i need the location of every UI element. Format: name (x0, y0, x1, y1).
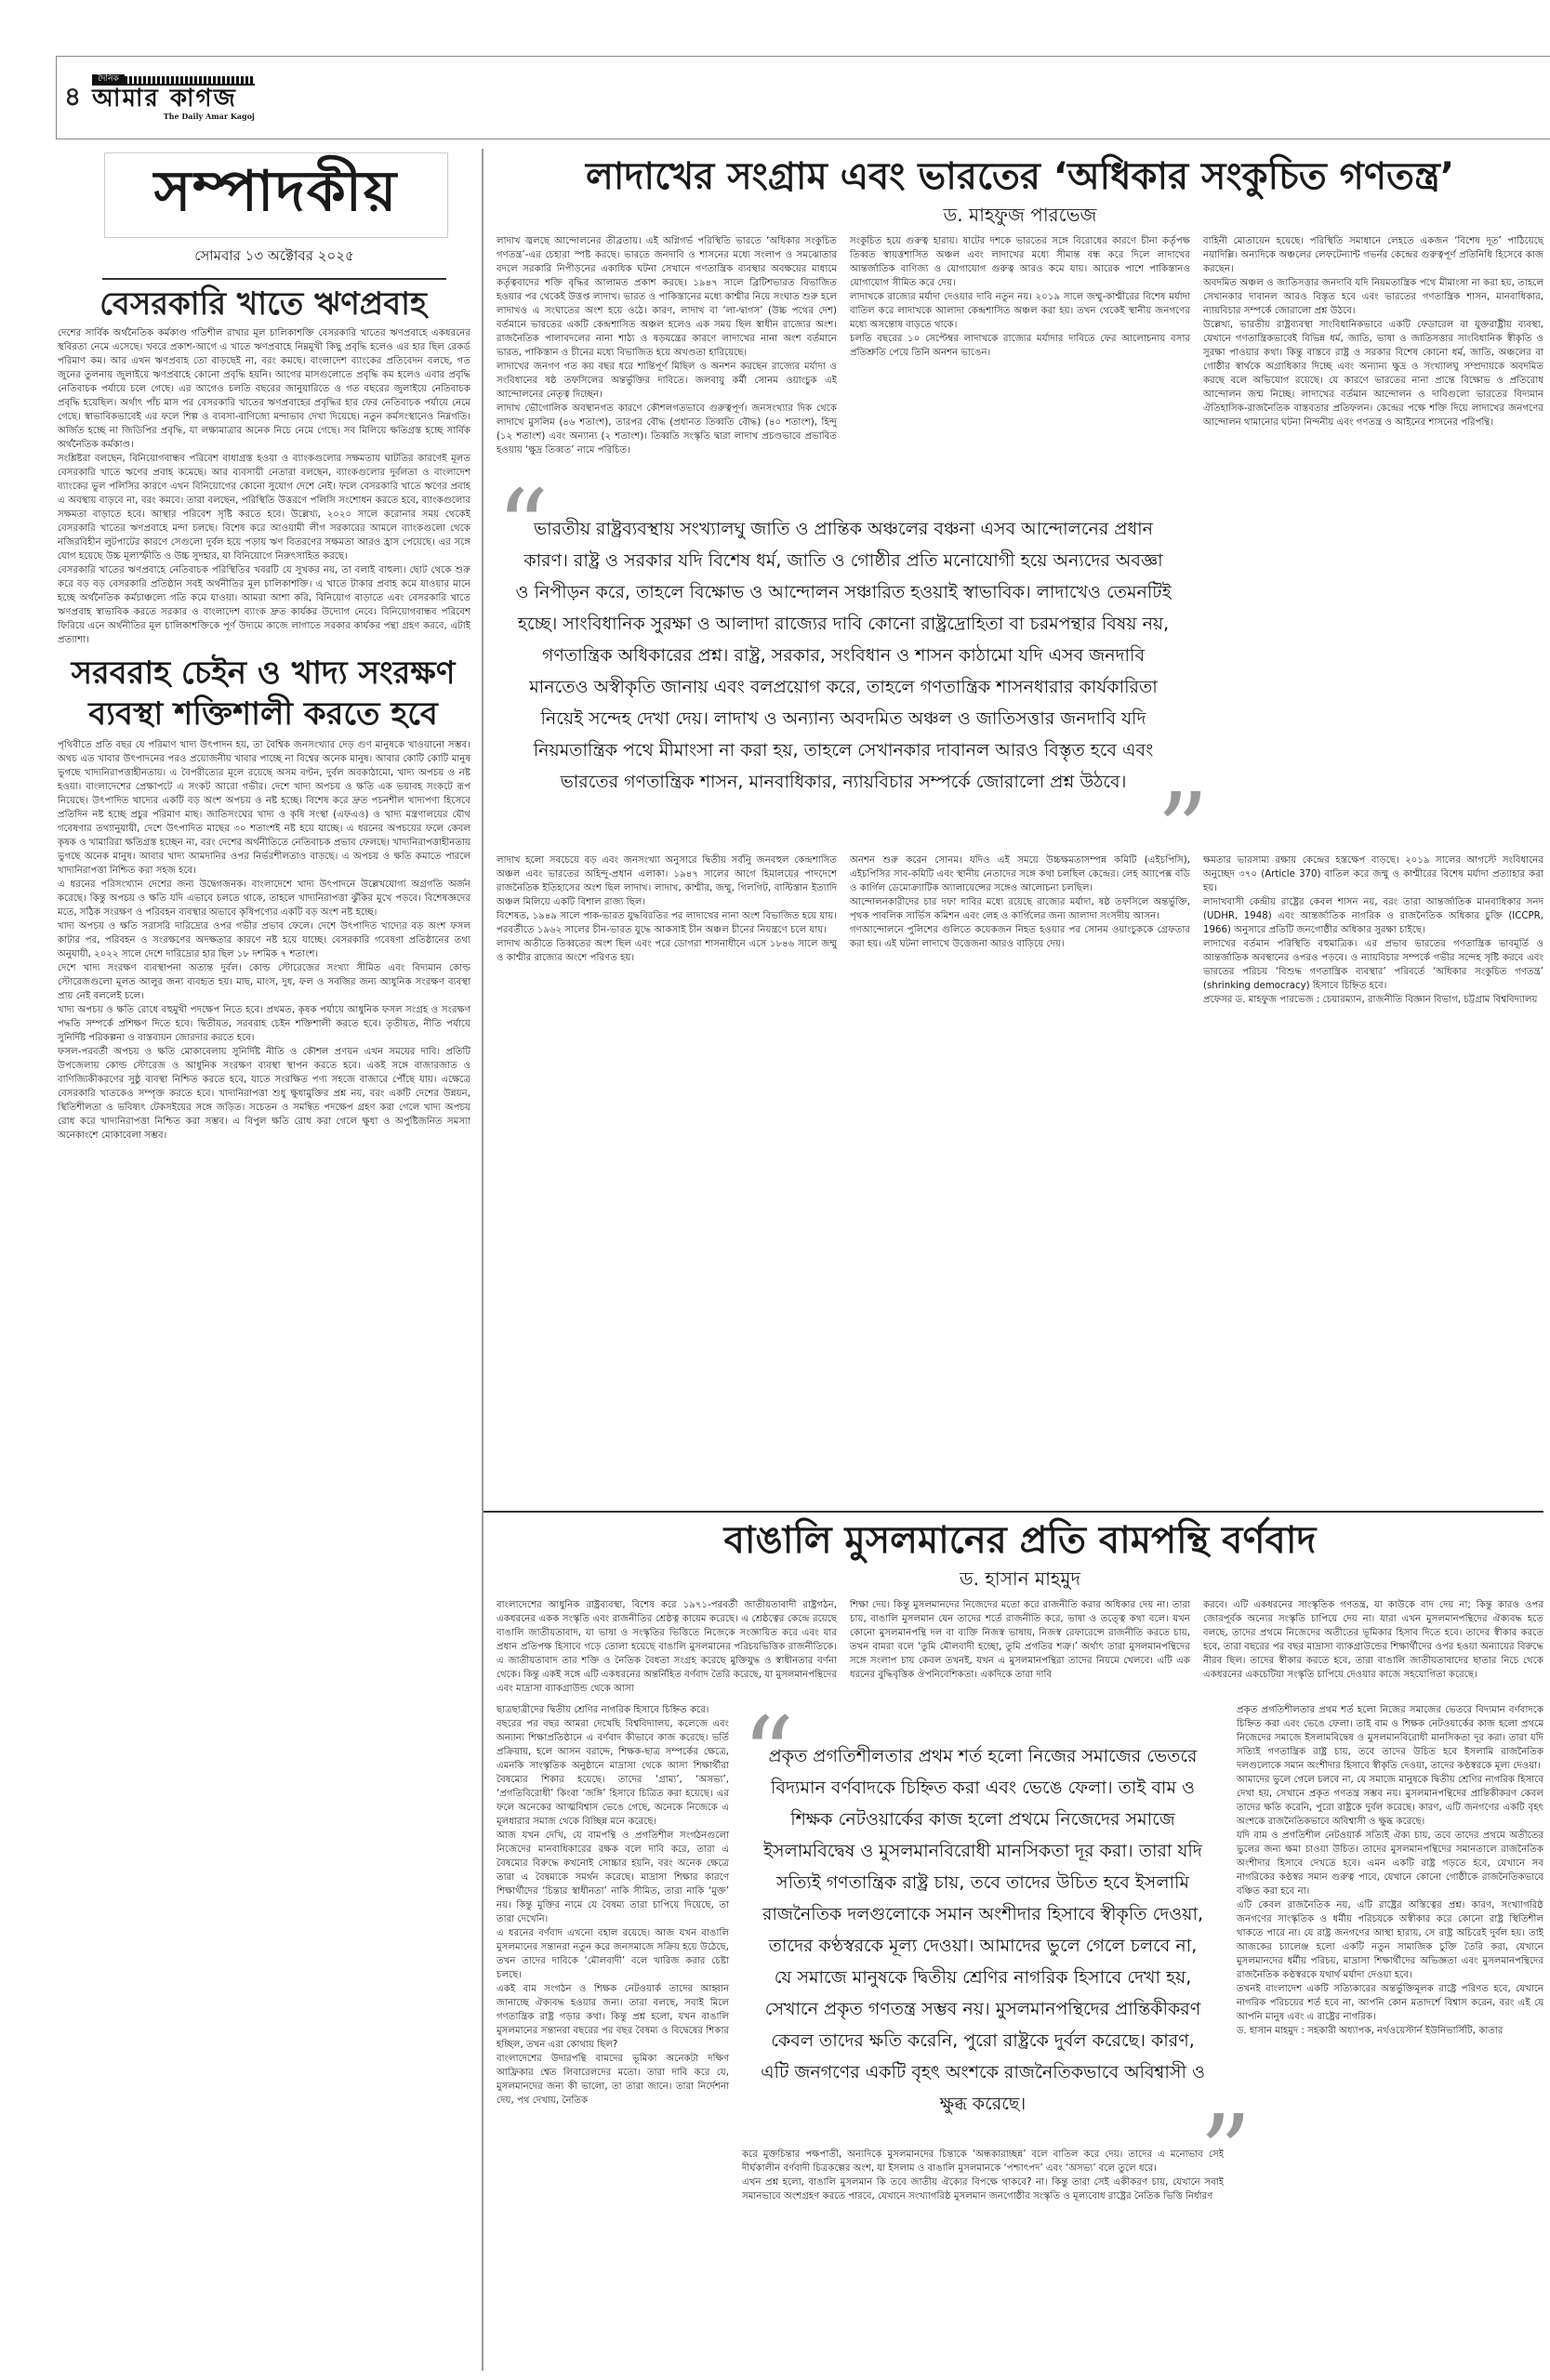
paragraph: সংশ্লিষ্টরা বলছেন, বিনিয়োগবান্ধব পরিবেশ… (58, 452, 470, 563)
article-columns-top: লাদাখ জ্বলছে আন্দোলনের তীব্রতায়। এই অগ্… (497, 234, 1543, 457)
author-bio: ড. হাসান মাহমুদ : সহকারী অধ্যাপক, নর্থওয… (1237, 2024, 1543, 2038)
article-columns-bottom: ছাত্রছাত্রীদের দ্বিতীয় শ্রেণির নাগরিক হ… (497, 1703, 1543, 2203)
paragraph: বাহিনী মোতায়েন হয়েছে। পরিস্থিতি সমাধান… (1203, 234, 1543, 276)
pull-quote: ভারতীয় রাষ্ট্রব্যবস্থায় সংখ্যালঘু জাতি… (497, 513, 1190, 798)
paragraph: অবদমিত অঞ্চল ও জাতিসত্তার জনদাবি যদি নিয… (1203, 276, 1543, 318)
article-columns-top: বাংলাদেশের আধুনিক রাষ্ট্রব্যবস্থা, বিশেষ… (497, 1598, 1543, 1696)
article-title[interactable]: বাঙালি মুসলমানের প্রতি বামপন্থি বর্ণবাদ (497, 1516, 1543, 1565)
editorial-headline-2[interactable]: সরবরাহ চেইন ও খাদ্য সংরক্ষণ ব্যবস্থা শক্… (56, 653, 470, 734)
article-author: ড. মাহফুজ পারভেজ (497, 201, 1543, 229)
close-quote-icon: ” (1157, 779, 1209, 881)
editorial-section-title: সম্পাদকীয় (104, 152, 448, 238)
center-column: “ প্রকৃত প্রগতিশীলতার প্রথম শর্ত হলো নিজ… (742, 1703, 1224, 2203)
paragraph: ক্ষমতার ভারসাম্য রক্ষায় কেন্দ্রের হস্তক… (1203, 853, 1543, 895)
paragraph: যদি বাম ও প্রগতিশীল নেটওয়ার্ক সত্যিই ঐক… (1237, 1829, 1543, 1898)
paragraph: ছাত্রছাত্রীদের দ্বিতীয় শ্রেণির নাগরিক হ… (497, 1703, 729, 1717)
paragraph: দেশের সার্বিক অর্থনৈতিক কর্মকাণ্ড গতিশীল… (58, 326, 470, 452)
paragraph: লাদাখের বর্তমান পরিস্থিতি বহুমাত্রিক। এর… (1203, 937, 1543, 993)
paragraph: গণআন্দোলনে পুলিশের গুলিতে কয়েকজন নিহত হ… (850, 923, 1190, 951)
editorial-body-1: দেশের সার্বিক অর্থনৈতিক কর্মকাণ্ড গতিশীল… (56, 326, 470, 647)
article-title[interactable]: লাদাখের সংগ্রাম এবং ভারতের ‘অধিকার সংকুচ… (497, 152, 1543, 201)
editorial-body-2: পৃথিবীতে প্রতি বছর যে পরিমাণ খাদ্য উৎপাদ… (56, 738, 470, 1143)
paragraph: এ ধরনের বর্ণবাদ এখনো বহাল রয়েছে। আজ যখন… (497, 1926, 729, 1982)
paragraph: তখনই বাংলাদেশ একটি সত্যিকারের অন্তর্ভুক্… (1237, 1982, 1543, 2024)
paragraph: দেশে খাদ্য সংরক্ষণ ব্যবস্থাপনা অত্যন্ত দ… (58, 961, 470, 1003)
pull-quote-box: “ ভারতীয় রাষ্ট্রব্যবস্থায় সংখ্যালঘু জা… (497, 513, 1190, 798)
paragraph: একই বাম সংগঠন ও শিক্ষক নেটওয়ার্ক তাদের … (497, 1982, 729, 2052)
newspaper-logo[interactable]: দৈনিক আমার কাগজ The Daily Amar Kagoj (92, 74, 255, 121)
paragraph: খাদ্য অপচয় ও ক্ষতি সরাসরি দারিদ্র্যের ও… (58, 919, 470, 961)
paragraph: লাদাখকে রাজ্যের মর্যাদা দেওয়ার দাবি নতু… (850, 290, 1190, 332)
logo-dainik: দৈনিক (92, 74, 125, 84)
paragraph: এখন প্রশ্ন হলো, বাঙালি মুসলমান কি তবে জা… (742, 2175, 1224, 2203)
column-3: ক্ষমতার ভারসাম্য রক্ষায় কেন্দ্রের হস্তক… (1203, 853, 1543, 1007)
paragraph: অনশন শুরু করেন সোনম। যদিও এই সময়ে উচ্চক… (850, 853, 1190, 895)
pull-quote: প্রকৃত প্রগতিশীলতার প্রথম শর্ত হলো নিজের… (742, 1740, 1224, 2120)
column-2: সংকুচিত হয়ে গুরুত্ব হারায়। ষাটের দশকে … (850, 234, 1190, 457)
paragraph: প্রকৃত প্রগতিশীলতার প্রথম শর্ত হলো নিজের… (1237, 1703, 1543, 1773)
paragraph: এ ধরনের পরিসংখ্যান দেশের জন্য উদ্বেগজনক।… (58, 878, 470, 919)
column-1: লাদাখ হলো সবচেয়ে বড় এবং জনসংখ্যা অনুসা… (497, 853, 837, 1007)
close-quote-icon: ” (1199, 2101, 1252, 2203)
paragraph: বছরের পর বছর আমরা দেখেছি বিশ্ববিদ্যালয়,… (497, 1717, 729, 1829)
left-column: ছাত্রছাত্রীদের দ্বিতীয় শ্রেণির নাগরিক হ… (497, 1703, 729, 2203)
paragraph: লাদাখ অতীতে তিব্বতের অংশ ছিল এবং পরে ডোগ… (497, 937, 837, 965)
paragraph: বিশেষত, ১৯৪৯ সালে পাক-ভারত যুদ্ধবিরতির প… (497, 909, 837, 937)
editorial-date: সোমবার ১৩ অক্টোবর ২০২৫ (102, 245, 446, 269)
column-1: লাদাখ জ্বলছে আন্দোলনের তীব্রতায়। এই অগ্… (497, 234, 837, 457)
paragraph: ফসল-পরবর্তী অপচয় ও ক্ষতি মোকাবেলায় সুন… (58, 1045, 470, 1143)
headline-line: ব্যবস্থা শক্তিশালী করতে হবে (88, 695, 438, 733)
paragraph: লাদাখবাসী কেন্দ্রীয় রাষ্ট্রের কেবল শাসন… (1203, 895, 1543, 937)
paragraph: আজ যখন দেখি, যে বামপন্থি ও প্রগতিশীল সংগ… (497, 1829, 729, 1926)
paragraph: লাদাখ হলো সবচেয়ে বড় এবং জনসংখ্যা অনুসা… (497, 853, 837, 909)
editorial-headline-1[interactable]: বেসরকারি খাতে ঋণপ্রবাহ (56, 285, 470, 323)
article-columns-bottom: লাদাখ হলো সবচেয়ে বড় এবং জনসংখ্যা অনুসা… (497, 853, 1543, 1007)
right-column: প্রকৃত প্রগতিশীলতার প্রথম শর্ত হলো নিজের… (1237, 1703, 1543, 2203)
paragraph: চলতি বছরের ১০ সেপ্টেম্বর লাদাখকে রাজ্যের… (850, 332, 1190, 360)
paragraph: আমাদের ভুলে গেলে চলবে না, যে সমাজে মানুষ… (1237, 1773, 1543, 1829)
paragraph: উল্লেখ্য, ভারতীয় রাষ্ট্রব্যবস্থা সাংবিধ… (1203, 318, 1543, 430)
article-author: ড. হাসান মাহমুদ (497, 1565, 1543, 1593)
paragraph: করে মুক্তচিন্তার পক্ষপাতী, অন্যদিকে মুসল… (742, 2148, 1224, 2175)
editorial-column: সম্পাদকীয় সোমবার ১৩ অক্টোবর ২০২৫ বেসরকা… (56, 149, 484, 2371)
paragraph: আন্দোলনকারীদের চার দফা দাবির মধ্যে রয়েছ… (850, 895, 1190, 923)
paragraph: এটি কেবল রাজনৈতিক নয়, এটি রাষ্ট্রের অস্… (1237, 1898, 1543, 1982)
article-bengali-muslim: বাঙালি মুসলমানের প্রতি বামপন্থি বর্ণবাদ … (484, 1511, 1543, 2375)
skyline-icon (125, 76, 255, 84)
logo-english: The Daily Amar Kagoj (92, 112, 255, 121)
article-ladakh: লাদাখের সংগ্রাম এবং ভারতের ‘অধিকার সংকুচ… (484, 149, 1543, 1515)
logo-title: আমার কাগজ (92, 84, 255, 112)
column-3: বাহিনী মোতায়েন হয়েছে। পরিস্থিতি সমাধান… (1203, 234, 1543, 457)
paragraph: বেসরকারি খাতের ঋণপ্রবাহে নেতিবাচক পরিস্থ… (58, 563, 470, 647)
paragraph: লাদাখ ভৌগোলিক অবস্থানগত কারণে কৌশলগতভাবে… (497, 402, 837, 457)
paragraph: সংকুচিত হয়ে গুরুত্ব হারায়। ষাটের দশকে … (850, 234, 1190, 290)
column-1: বাংলাদেশের আধুনিক রাষ্ট্রব্যবস্থা, বিশেষ… (497, 1598, 837, 1696)
column-3: করবে। এটি একধরনের সাংস্কৃতিক গণতন্ত্র, য… (1203, 1598, 1543, 1696)
masthead: ৪ দৈনিক আমার কাগজ The Daily Amar Kagoj (56, 56, 1550, 139)
divider (102, 278, 446, 280)
paragraph: লাদাখ জ্বলছে আন্দোলনের তীব্রতায়। এই অগ্… (497, 234, 837, 360)
column-2: অনশন শুরু করেন সোনম। যদিও এই সময়ে উচ্চক… (850, 853, 1190, 1007)
page-number: ৪ (64, 76, 81, 120)
paragraph: বাংলাদেশের উদারপন্থি বামদের ভূমিকা অনেকট… (497, 2052, 729, 2108)
paragraph: খাদ্য অপচয় ও ক্ষতি রোধে বহুমুখী পদক্ষেপ… (58, 1003, 470, 1045)
author-bio: প্রফেসর ড. মাহফুজ পারভেজ : চেয়ারম্যান, … (1203, 993, 1543, 1007)
column-2: শিক্ষা দেয়। কিন্তু মুসলমানদের নিজেদের ম… (850, 1598, 1190, 1696)
headline-line: সরবরাহ চেইন ও খাদ্য সংরক্ষণ (72, 654, 456, 692)
paragraph: লাদাখের জনগণ গত কয় বছর ধরে শান্তিপূর্ণ … (497, 360, 837, 402)
paragraph: পৃথিবীতে প্রতি বছর যে পরিমাণ খাদ্য উৎপাদ… (58, 738, 470, 878)
pull-quote-box: “ প্রকৃত প্রগতিশীলতার প্রথম শর্ত হলো নিজ… (742, 1740, 1224, 2120)
